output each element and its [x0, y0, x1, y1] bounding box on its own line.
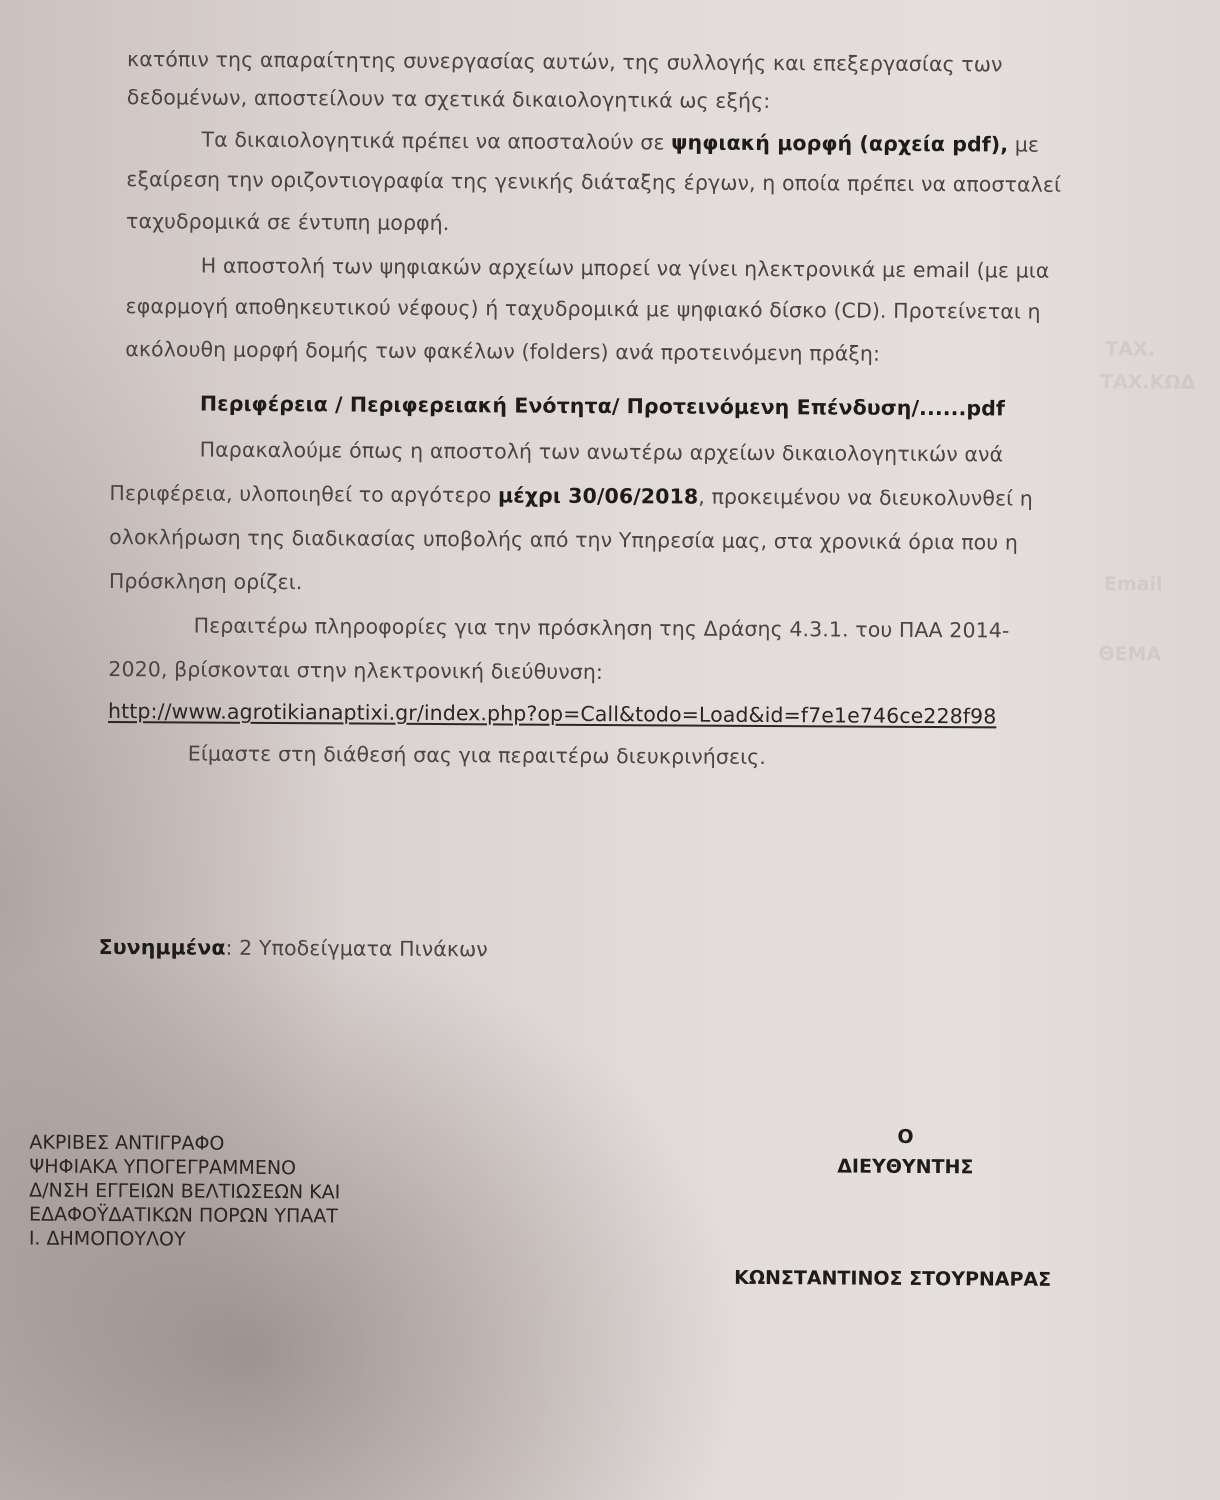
- paragraph-sending-method: Η αποστολή των ψηφιακών αρχείων μπορεί ν…: [201, 254, 1050, 283]
- paragraph-digital-format: Τα δικαιολογητικά πρέπει να αποσταλούν σ…: [202, 128, 1040, 157]
- certification-line: Δ/ΝΣΗ ΕΓΓΕΙΩΝ ΒΕΛΤΙΩΣΕΩΝ ΚΑΙ: [29, 1179, 340, 1205]
- show-through-text: ΤΑΧ.ΚΩΔ: [1100, 371, 1195, 394]
- info-url-link[interactable]: http://www.agrotikianaptixi.gr/index.php…: [108, 699, 996, 728]
- deadline-date: μέχρι 30/06/2018: [498, 483, 698, 508]
- body-line: ολοκλήρωση της διαδικασίας υποβολής από …: [109, 525, 1018, 555]
- attachments-line: Συνημμένα: 2 Υποδείγματα Πινάκων: [99, 935, 488, 961]
- signature-article: Ο: [795, 1125, 1015, 1148]
- body-line: εξαίρεση την οριζοντιογραφία της γενικής…: [126, 167, 1061, 197]
- folder-structure: Περιφέρεια / Περιφερειακή Ενότητα/ Προτε…: [200, 392, 1005, 421]
- closing-line: Είμαστε στη διάθεσή σας για περαιτέρω δι…: [188, 741, 766, 769]
- text-line-2: δεδομένων, αποστείλουν τα σχετικά δικαιο…: [127, 85, 771, 113]
- show-through-text: ΤΑΧ.: [1105, 338, 1155, 360]
- signatory-name: ΚΩΝΣΤΑΝΤΙΝΟΣ ΣΤΟΥΡΝΑΡΑΣ: [693, 1267, 1093, 1291]
- body-line: Πρόσκληση ορίζει.: [109, 569, 303, 594]
- attachments-value: : 2 Υποδείγματα Πινάκων: [226, 936, 488, 962]
- body-line: εφαρμογή αποθηκευτικού νέφους) ή ταχυδρο…: [125, 294, 1040, 324]
- signature-title: ΔΙΕΥΘΥΝΤΗΣ: [795, 1155, 1015, 1178]
- paragraph-more-info: Περαιτέρω πληροφορίες για την πρόσκληση …: [194, 614, 1010, 643]
- body-line: δεδομένων, αποστείλουν τα σχετικά δικαιο…: [127, 85, 771, 113]
- certification-line: ΑΚΡΙΒΕΣ ΑΝΤΙΓΡΑΦΟ: [29, 1131, 340, 1157]
- body-line: κατόπιν της απαραίτητης συνεργασίας αυτώ…: [127, 47, 1167, 77]
- certification-block: ΑΚΡΙΒΕΣ ΑΝΤΙΓΡΑΦΟ ΨΗΦΙΑΚΑ ΥΠΟΓΕΓΡΑΜΜΕΝΟ …: [29, 1131, 341, 1253]
- certification-line: Ι. ΔΗΜΟΠΟΥΛΟΥ: [29, 1227, 340, 1253]
- show-through-text: ΘΕΜΑ: [1098, 643, 1161, 665]
- body-line: ακόλουθη μορφή δομής των φακέλων (folder…: [125, 337, 880, 366]
- digital-format-emphasis: ψηφιακή μορφή (αρχεία pdf),: [671, 130, 1008, 156]
- certification-line: ΨΗΦΙΑΚΑ ΥΠΟΓΕΓΡΑΜΜΕΝΟ: [29, 1155, 340, 1181]
- body-line: 2020, βρίσκονται στην ηλεκτρονική διεύθυ…: [108, 657, 603, 684]
- paragraph-deadline: Παρακαλούμε όπως η αποστολή των ανωτέρω …: [200, 438, 1004, 467]
- show-through-text: Email: [1104, 573, 1163, 595]
- certification-line: ΕΔΑΦΟΫΔΑΤΙΚΩΝ ΠΟΡΩΝ ΥΠΑΑΤ: [29, 1203, 340, 1229]
- body-line: ταχυδρομικά σε έντυπη μορφή.: [126, 209, 449, 235]
- attachments-label: Συνημμένα: [99, 935, 226, 960]
- text-line-1: κατόπιν της απαραίτητης συνεργασίας αυτώ…: [127, 47, 1003, 76]
- document-page: ΤΑΧ. ΤΑΧ.ΚΩΔ Email ΘΕΜΑ κατόπιν της απαρ…: [0, 0, 1220, 1500]
- body-line: Περιφέρεια, υλοποιηθεί το αργότερο μέχρι…: [109, 481, 1033, 511]
- info-url-line: http://www.agrotikianaptixi.gr/index.php…: [108, 699, 996, 728]
